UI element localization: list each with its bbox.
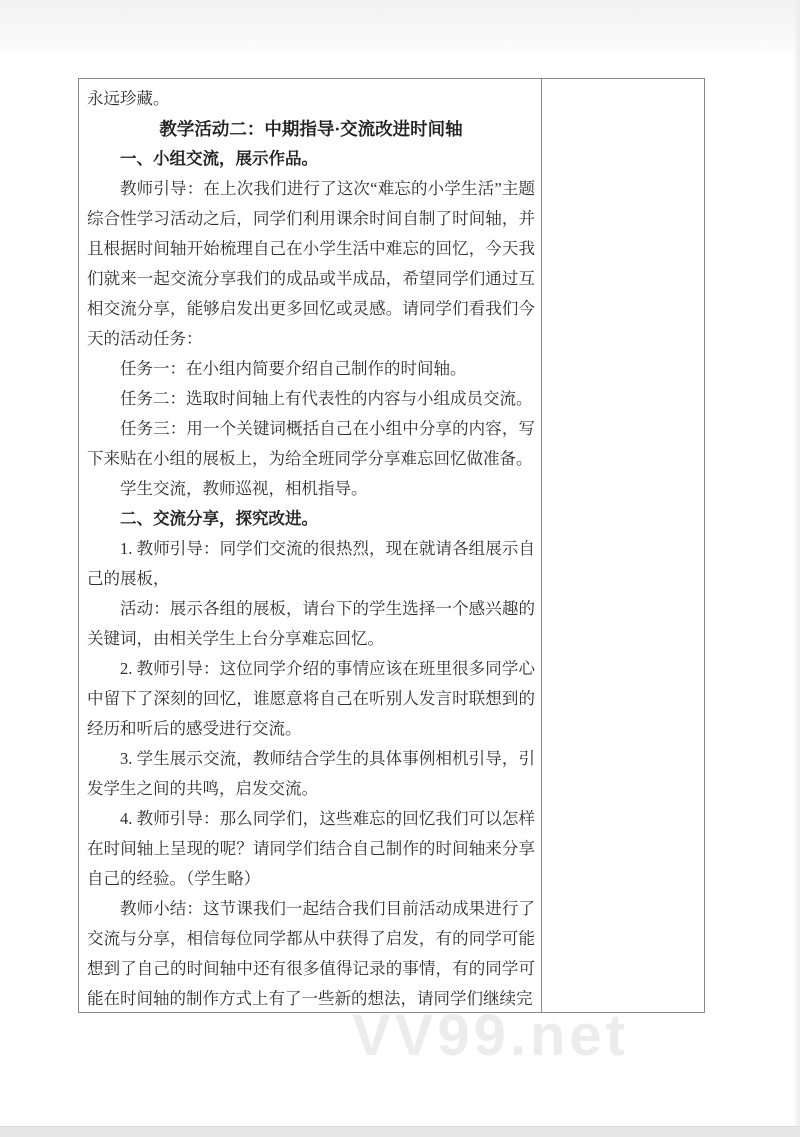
teacher-summary: 教师小结：这节课我们一起结合我们目前活动成果进行了交流与分享，相信每位同学都从中… [87, 894, 535, 1012]
step-1-teacher-guide: 1. 教师引导：同学们交流的很热烈，现在就请各组展示自己的展板， [87, 534, 535, 594]
lesson-plan-table: 永远珍藏。 教学活动二：中期指导·交流改进时间轴 一、小组交流，展示作品。 教师… [78, 78, 705, 1013]
teacher-guide-paragraph: 教师引导：在上次我们进行了这次“难忘的小学生活”主题综合性学习活动之后，同学们利… [87, 174, 535, 354]
student-exchange-note: 学生交流，教师巡视，相机指导。 [87, 474, 535, 504]
page-bottom-edge [0, 1126, 800, 1137]
step-4-teacher-guide: 4. 教师引导：那么同学们，这些难忘的回忆我们可以怎样在时间轴上呈现的呢？请同学… [87, 804, 535, 894]
activity-title: 教学活动二：中期指导·交流改进时间轴 [87, 114, 535, 144]
table-cell-content: 永远珍藏。 教学活动二：中期指导·交流改进时间轴 一、小组交流，展示作品。 教师… [79, 79, 542, 1012]
task-2: 任务二：选取时间轴上有代表性的内容与小组成员交流。 [87, 384, 535, 414]
step-3-student-show: 3. 学生展示交流，教师结合学生的具体事例相机引导，引发学生之间的共鸣，启发交流… [87, 744, 535, 804]
section-heading-1: 一、小组交流，展示作品。 [87, 144, 535, 174]
page-top-shade [0, 0, 800, 62]
step-2-teacher-guide: 2. 教师引导：这位同学介绍的事情应该在班里很多同学心中留下了深刻的回忆，谁愿意… [87, 654, 535, 744]
paragraph-continuation: 永远珍藏。 [87, 84, 535, 114]
task-3: 任务三：用一个关键词概括自己在小组中分享的内容，写下来贴在小组的展板上，为给全班… [87, 414, 535, 474]
table-cell-notes [542, 79, 704, 1012]
step-1-activity: 活动：展示各组的展板，请台下的学生选择一个感兴趣的关键词，由相关学生上台分享难忘… [87, 594, 535, 654]
task-1: 任务一：在小组内简要介绍自己制作的时间轴。 [87, 354, 535, 384]
document-page: { "page": { "watermark": "VV99.net" }, "… [0, 0, 800, 1137]
section-heading-2: 二、交流分享，探究改进。 [87, 504, 535, 534]
page-right-edge [793, 0, 800, 1137]
